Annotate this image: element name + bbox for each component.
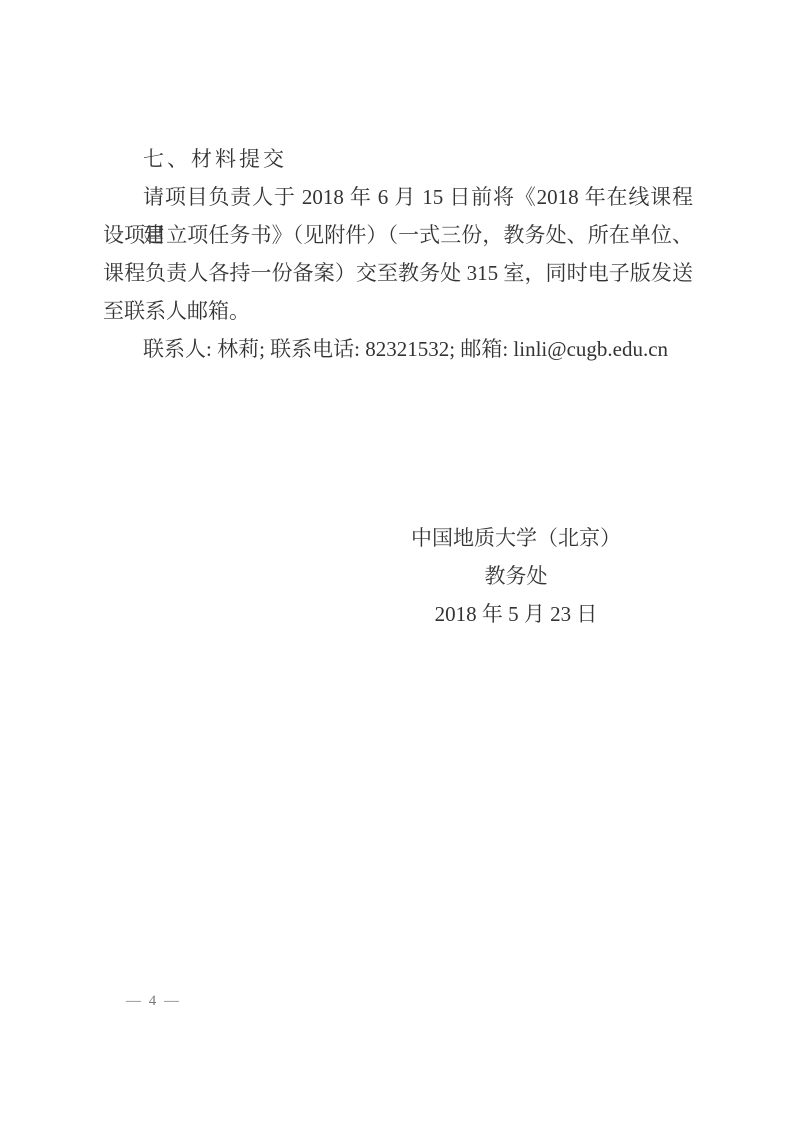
contact-line: 联系人: 林莉; 联系电话: 82321532; 邮箱: linli@cugb.… bbox=[103, 330, 693, 368]
signature-organization: 中国地质大学（北京） bbox=[356, 519, 676, 557]
signature-department: 教务处 bbox=[356, 557, 676, 595]
paragraph-line: 课程负责人各持一份备案）交至教务处 315 室，同时电子版发送 bbox=[103, 254, 693, 292]
page-number: — 4 — bbox=[126, 992, 181, 1010]
section-heading: 七、材料提交 bbox=[103, 140, 693, 178]
document-page: 七、材料提交 请项目负责人于 2018 年 6 月 15 日前将《2018 年在… bbox=[0, 0, 793, 1122]
paragraph-line: 设项目立项任务书》（见附件）（一式三份，教务处、所在单位、 bbox=[103, 216, 693, 254]
paragraph-line: 至联系人邮箱。 bbox=[103, 292, 693, 330]
signature-block: 中国地质大学（北京） 教务处 2018 年 5 月 23 日 bbox=[356, 519, 676, 633]
document-body: 七、材料提交 请项目负责人于 2018 年 6 月 15 日前将《2018 年在… bbox=[103, 140, 693, 368]
paragraph-line: 请项目负责人于 2018 年 6 月 15 日前将《2018 年在线课程建 bbox=[103, 178, 693, 216]
signature-date: 2018 年 5 月 23 日 bbox=[356, 595, 676, 633]
